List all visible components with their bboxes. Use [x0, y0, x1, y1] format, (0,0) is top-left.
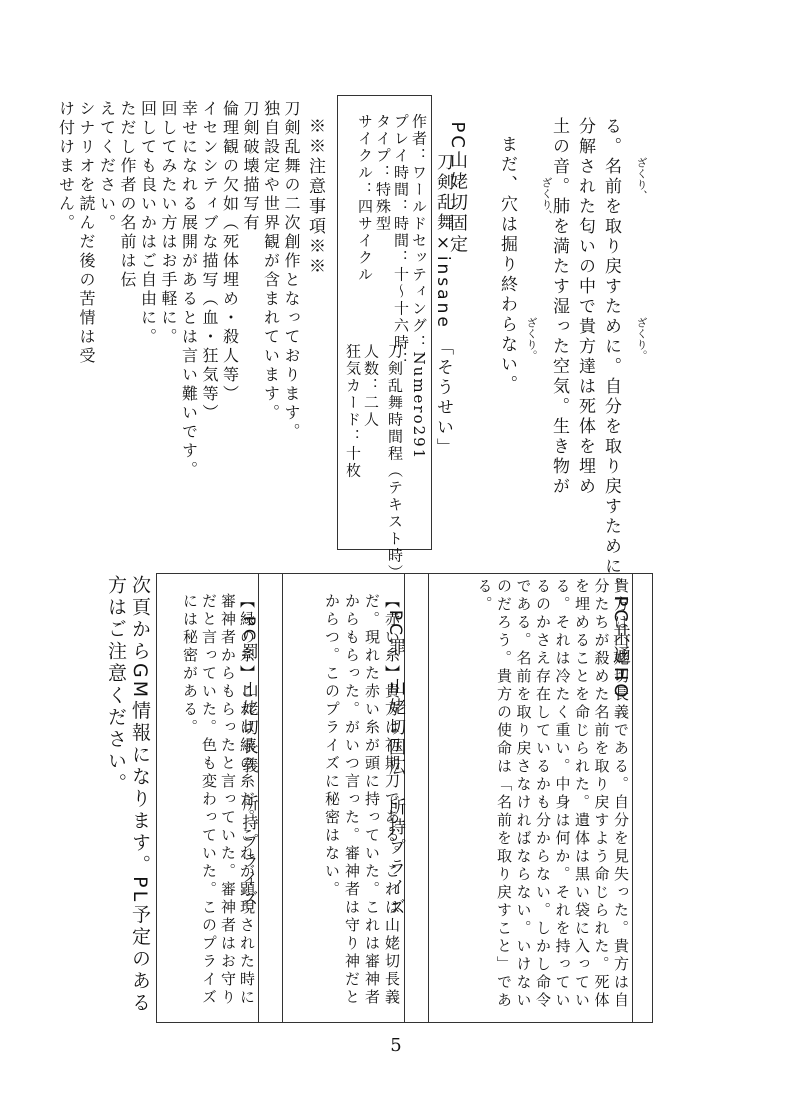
- note-1: 刀剣乱舞の二次創作となっております。: [282, 100, 301, 442]
- common-ho-text: 貴方は山姥切長義である。自分を見失った。貴方は自分たちが殺めた名前を取り戻すよう…: [432, 578, 630, 1018]
- spec-time-detail: 刀剣乱舞時間程（テキスト時）: [384, 330, 428, 540]
- intro-line-3: る。名前を取り戻すために。自分を取り戻すために。: [601, 117, 621, 597]
- page-number: 5: [0, 1035, 792, 1056]
- note-7: 回してみたい方はお手軽に。: [159, 100, 178, 347]
- note-6: 幸せになれる展開があるとは言い難いです。: [180, 100, 199, 480]
- note-2: 独自設定や世界観が含まれています。: [262, 100, 281, 423]
- notes-title: ※※注意事項※※: [304, 100, 348, 277]
- notes-list: 刀剣乱舞の二次創作となっております。 独自設定や世界観が含まれています。 刀剣破…: [96, 100, 301, 550]
- sfx-zakuri-1: ざくり、: [630, 150, 674, 201]
- divider: [428, 573, 429, 1023]
- note-4: 倫理観の欠如（死体埋め・殺人等）: [221, 100, 240, 404]
- pc-guilt-prize: 【赤い糸】貴方は初期刀である。これは山姥切長義だ。現れた赤い糸が頭に持っていた。…: [290, 593, 402, 1013]
- sfx-zakuri-3: ざくり、: [535, 170, 579, 221]
- intro-still-digging: まだ、穴は掘り終わらない。: [496, 118, 540, 538]
- gm-notice: 次頁からGM情報になります。PL予定のある方はご注意ください。: [104, 575, 152, 1015]
- sfx-zakuri-2: ざくり。: [630, 310, 674, 361]
- note-9: ただし作者の名前は伝: [118, 100, 137, 290]
- divider: [282, 573, 283, 1023]
- pc-punish-label: PC罰 山姥切長義 所持プライズ: [260, 600, 282, 909]
- note-3: 刀剣破壊描写有: [241, 100, 260, 233]
- common-ho-label: PC共通HO: [632, 578, 653, 701]
- note-12: け付けません。: [57, 100, 76, 233]
- pc-guilt-label: PC罪 山姥切国広 所持プライズ: [406, 593, 428, 918]
- note-5: イセンシティブな描写（血・狂気等）: [200, 100, 219, 423]
- pc-punish-prize: 【緑の糸】これは緑の糸だ。これが顕現された時に審神者からもらったと言っていた。審…: [162, 593, 256, 1013]
- note-10: えてください。: [98, 100, 117, 233]
- note-8: 回しても良いかはご自由に。: [139, 100, 158, 347]
- note-11: シナリオを読んだ後の苦情は受: [77, 100, 96, 366]
